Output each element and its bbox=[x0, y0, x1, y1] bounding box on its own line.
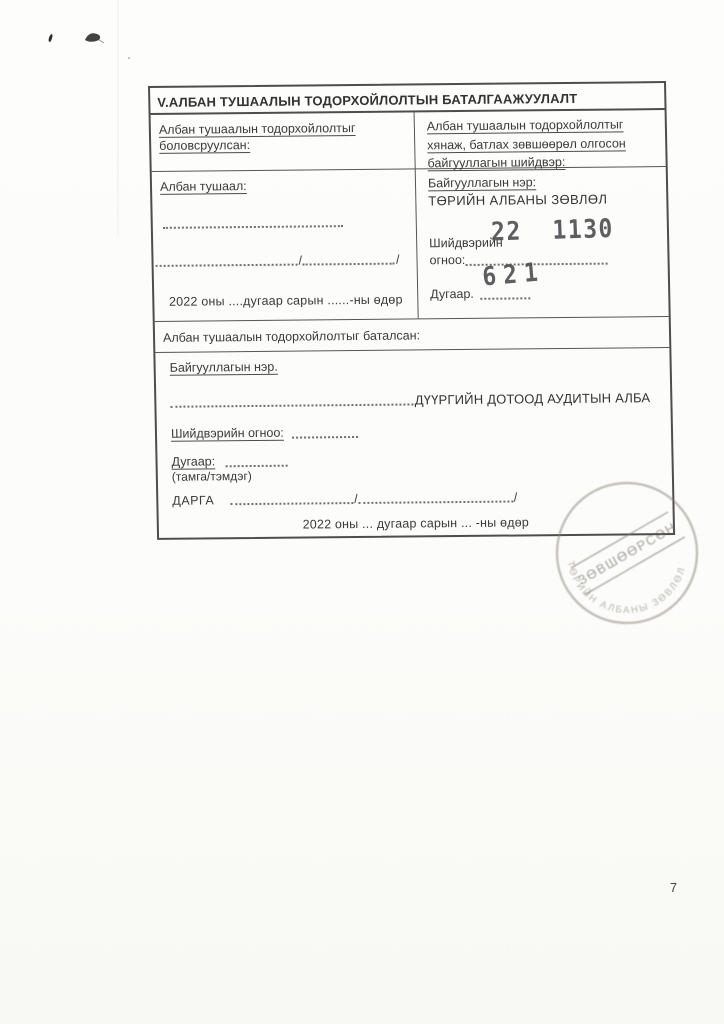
decision-date-label-line2: огноо: bbox=[429, 252, 465, 268]
leader-dots bbox=[155, 253, 297, 267]
slash-separator: / bbox=[395, 252, 401, 268]
seal-band: ЗӨВШӨӨРСӨН bbox=[569, 511, 684, 595]
approved-number-label: Дугаар: bbox=[171, 453, 215, 469]
stamped-decision-number: 621 bbox=[482, 263, 546, 286]
page-number: 7 bbox=[670, 881, 677, 895]
approved-decision-date-line: Шийдвэрийн огноо: bbox=[171, 424, 358, 442]
stamp-note: (тамга/тэмдэг) bbox=[172, 468, 252, 485]
review-decision-label: Албан тушаалын тодорхойлолтыг хянаж, бат… bbox=[427, 117, 626, 170]
developed-by-cell: Албан тушаалын тодорхойлолтыг боловсруул… bbox=[151, 112, 415, 171]
council-decision-cell: Байгууллагын нэр: ТӨРИЙН АЛБАНЫ ЗӨВЛӨЛ Ш… bbox=[415, 167, 669, 318]
approved-by-label: Албан тушаалын тодорхойлолтыг баталсан: bbox=[163, 328, 420, 344]
stamped-decision-date: 22 1130 bbox=[491, 220, 614, 241]
developed-by-label: Албан тушаалын тодорхойлолтыг боловсруул… bbox=[159, 121, 356, 153]
number-label: Дугаар. bbox=[430, 286, 474, 302]
ink-blot bbox=[82, 28, 108, 46]
approved-number-line: Дугаар: bbox=[171, 453, 287, 470]
position-cell: Албан тушаал: / / 2022 оны ....дугаар са… bbox=[152, 169, 418, 321]
ink-mark bbox=[48, 34, 53, 43]
approval-seal: ЗӨВШӨӨРСӨН ТӨРИЙН АЛБАНЫ ЗӨВЛӨЛ bbox=[537, 463, 717, 643]
leader-dots bbox=[225, 454, 287, 467]
detail-row: Албан тушаал: / / 2022 оны ....дугаар са… bbox=[152, 167, 669, 322]
leader-dots bbox=[359, 490, 513, 504]
scanned-page: V.АЛБАН ТУШААЛЫН ТОДОРХОЙЛОЛТЫН БАТАЛГАА… bbox=[0, 0, 724, 1024]
leader-dots bbox=[230, 491, 353, 505]
date-line-left: 2022 оны ....дугаар сарын ......-ны өдөр bbox=[154, 291, 417, 310]
director-label: ДАРГА bbox=[172, 492, 214, 508]
leader-dots bbox=[170, 393, 414, 408]
signature-line: / / bbox=[155, 251, 413, 269]
position-label: Албан тушаал: bbox=[160, 178, 247, 195]
approved-decision-date-label: Шийдвэрийн огноо: bbox=[171, 425, 284, 442]
approved-org-label: Байгууллагын нэр. bbox=[169, 359, 277, 376]
approved-org-value: ДҮҮРГИЙН ДОТООД АУДИТЫН АЛБА bbox=[415, 390, 651, 408]
director-signature-line: ДАРГА / / bbox=[172, 489, 518, 508]
position-fill-line bbox=[163, 225, 343, 229]
org-name-value: ТӨРИЙН АЛБАНЫ ЗӨВЛӨЛ bbox=[428, 192, 607, 210]
org-name-label: Байгууллагын нэр: bbox=[428, 174, 536, 191]
approved-by-row: Албан тушаалын тодорхойлолтыг баталсан: bbox=[155, 317, 670, 353]
ink-speck bbox=[128, 57, 130, 59]
header-row: Албан тушаалын тодорхойлолтыг боловсруул… bbox=[151, 110, 666, 172]
leader-dots bbox=[292, 425, 358, 438]
approved-org-line: ДҮҮРГИЙН ДОТООД АУДИТЫН АЛБА bbox=[170, 390, 650, 411]
seal-band-text: ЗӨВШӨӨРСӨН bbox=[575, 519, 679, 588]
slash-separator: / bbox=[513, 489, 519, 505]
review-decision-cell: Албан тушаалын тодорхойлолтыг хянаж, бат… bbox=[414, 110, 666, 168]
paper-fold-line bbox=[117, 0, 119, 235]
leader-dots bbox=[303, 252, 395, 266]
